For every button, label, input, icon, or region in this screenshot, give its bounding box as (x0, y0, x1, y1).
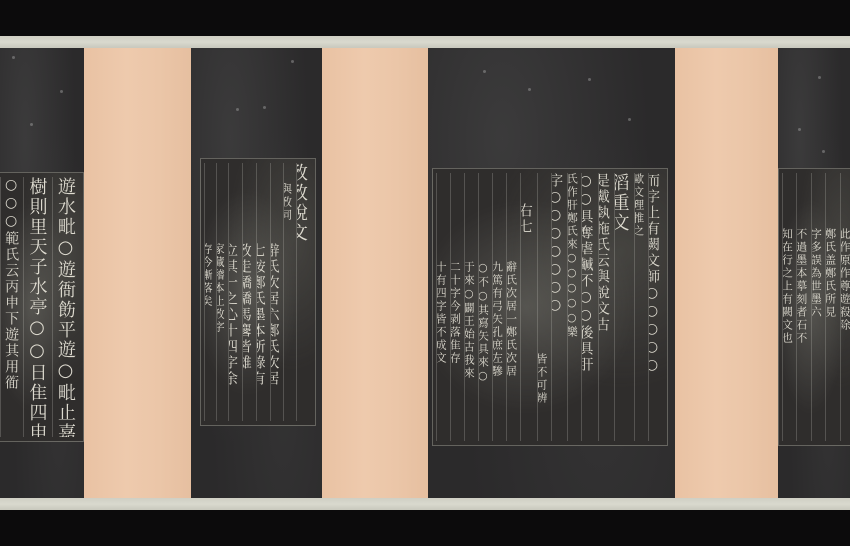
inscription-block-4: 此作原作尊遊殺除 鄭氏盖鄭氏所見 字多誤為世墨六 不過墨本摹刻者石不 知在行之上… (778, 168, 850, 446)
rubbing-panel-2: 敄敄說文 與敄同 辭氏次居六鄭氏次居 七按鄭氏墨本所錄有 敄走驕驕馬麐皆雄 立其… (191, 48, 322, 498)
top-backdrop (0, 0, 850, 36)
inscription-column: 存今漸落矣 (204, 163, 216, 421)
inscription-column: 字多誤為世墨六 (811, 173, 825, 441)
inscription-column: 遊水毗○遊衙飭平遊○毗止嘉 (52, 177, 80, 437)
inscription-column: ○不○其寫矢具來○ (478, 173, 492, 441)
inscription-column: 鄭氏盖鄭氏所見 (825, 173, 839, 441)
inscription-column: 十有四字皆不成文 (436, 173, 450, 441)
inscription-column: 歐文理推之 (634, 173, 648, 441)
rubbing-panel-3: 而字上有闕文師○○○○○ 歐文理推之 滔重文 是戴埶拖氏云與說文古 ○○具奪虐鹹… (428, 48, 675, 498)
inscription-column: 敄走驕驕馬麐皆雄 (242, 163, 256, 421)
inscription-column: 樹則里天子水亭○○日隹四申 (23, 177, 51, 437)
inscription-block-1: 遊水毗○遊衙飭平遊○毗止嘉 樹則里天子水亭○○日隹四申 ○○○範氏云丙申下遊其用… (0, 172, 84, 442)
inscription-column: 不過墨本摹刻者石不 (796, 173, 810, 441)
silk-spacer-1 (84, 48, 191, 498)
inscription-column: 家藏稽本止敄字 (216, 163, 228, 421)
inscription-column: 此作原作尊遊殺除 (840, 173, 850, 441)
scroll-top-mounting (0, 36, 850, 48)
inscription-column: 與敄同 (283, 163, 295, 421)
inscription-column: 二十字今剥落隹存 (450, 173, 464, 441)
rubbing-panel-1: 遊水毗○遊衙飭平遊○毗止嘉 樹則里天子水亭○○日隹四申 ○○○範氏云丙申下遊其用… (0, 48, 84, 498)
silk-spacer-2 (322, 48, 428, 498)
inscription-column: 辭氏次居六鄭氏次居 (270, 163, 284, 421)
inscription-column: 七按鄭氏墨本所錄有 (256, 163, 270, 421)
inscription-column: 皆不可辨 (537, 173, 551, 441)
inscription-column: ○○具奪虐鹹不○○後具肝 (581, 173, 597, 441)
inscription-column: ○○○範氏云丙申下遊其用衜 (0, 177, 23, 437)
inscription-column: 字○○○○○○○ (551, 173, 567, 441)
inscription-column: 立其一之心十四字余 (228, 163, 242, 421)
inscription-column: 右七 (520, 173, 536, 441)
inscription-column: 是戴埶拖氏云與說文古 (598, 173, 614, 441)
inscription-column: 滔重文 (614, 173, 634, 441)
bottom-backdrop (0, 510, 850, 546)
inscription-column: 九篤有弓矢孔庶左驂 (492, 173, 506, 441)
rubbing-panel-4: 此作原作尊遊殺除 鄭氏盖鄭氏所見 字多誤為世墨六 不過墨本摹刻者石不 知在行之上… (778, 48, 850, 498)
inscription-column: 敄敄說文 (296, 163, 312, 421)
inscription-column: 氏作肝鄭氏來○○○○○樂 (567, 173, 581, 441)
inscription-column: 辭氏次居一鄭氏次居 (506, 173, 520, 441)
inscription-column: 而字上有闕文師○○○○○ (648, 173, 664, 441)
silk-spacer-3 (675, 48, 778, 498)
scroll-bottom-mounting (0, 498, 850, 510)
inscription-block-3: 而字上有闕文師○○○○○ 歐文理推之 滔重文 是戴埶拖氏云與說文古 ○○具奪虐鹹… (432, 168, 668, 446)
inscription-column: 于來○闢王始古我來 (464, 173, 478, 441)
inscription-block-2: 敄敄說文 與敄同 辭氏次居六鄭氏次居 七按鄭氏墨本所錄有 敄走驕驕馬麐皆雄 立其… (200, 158, 316, 426)
inscription-column: 知在行之上有闕文也 (782, 173, 796, 441)
